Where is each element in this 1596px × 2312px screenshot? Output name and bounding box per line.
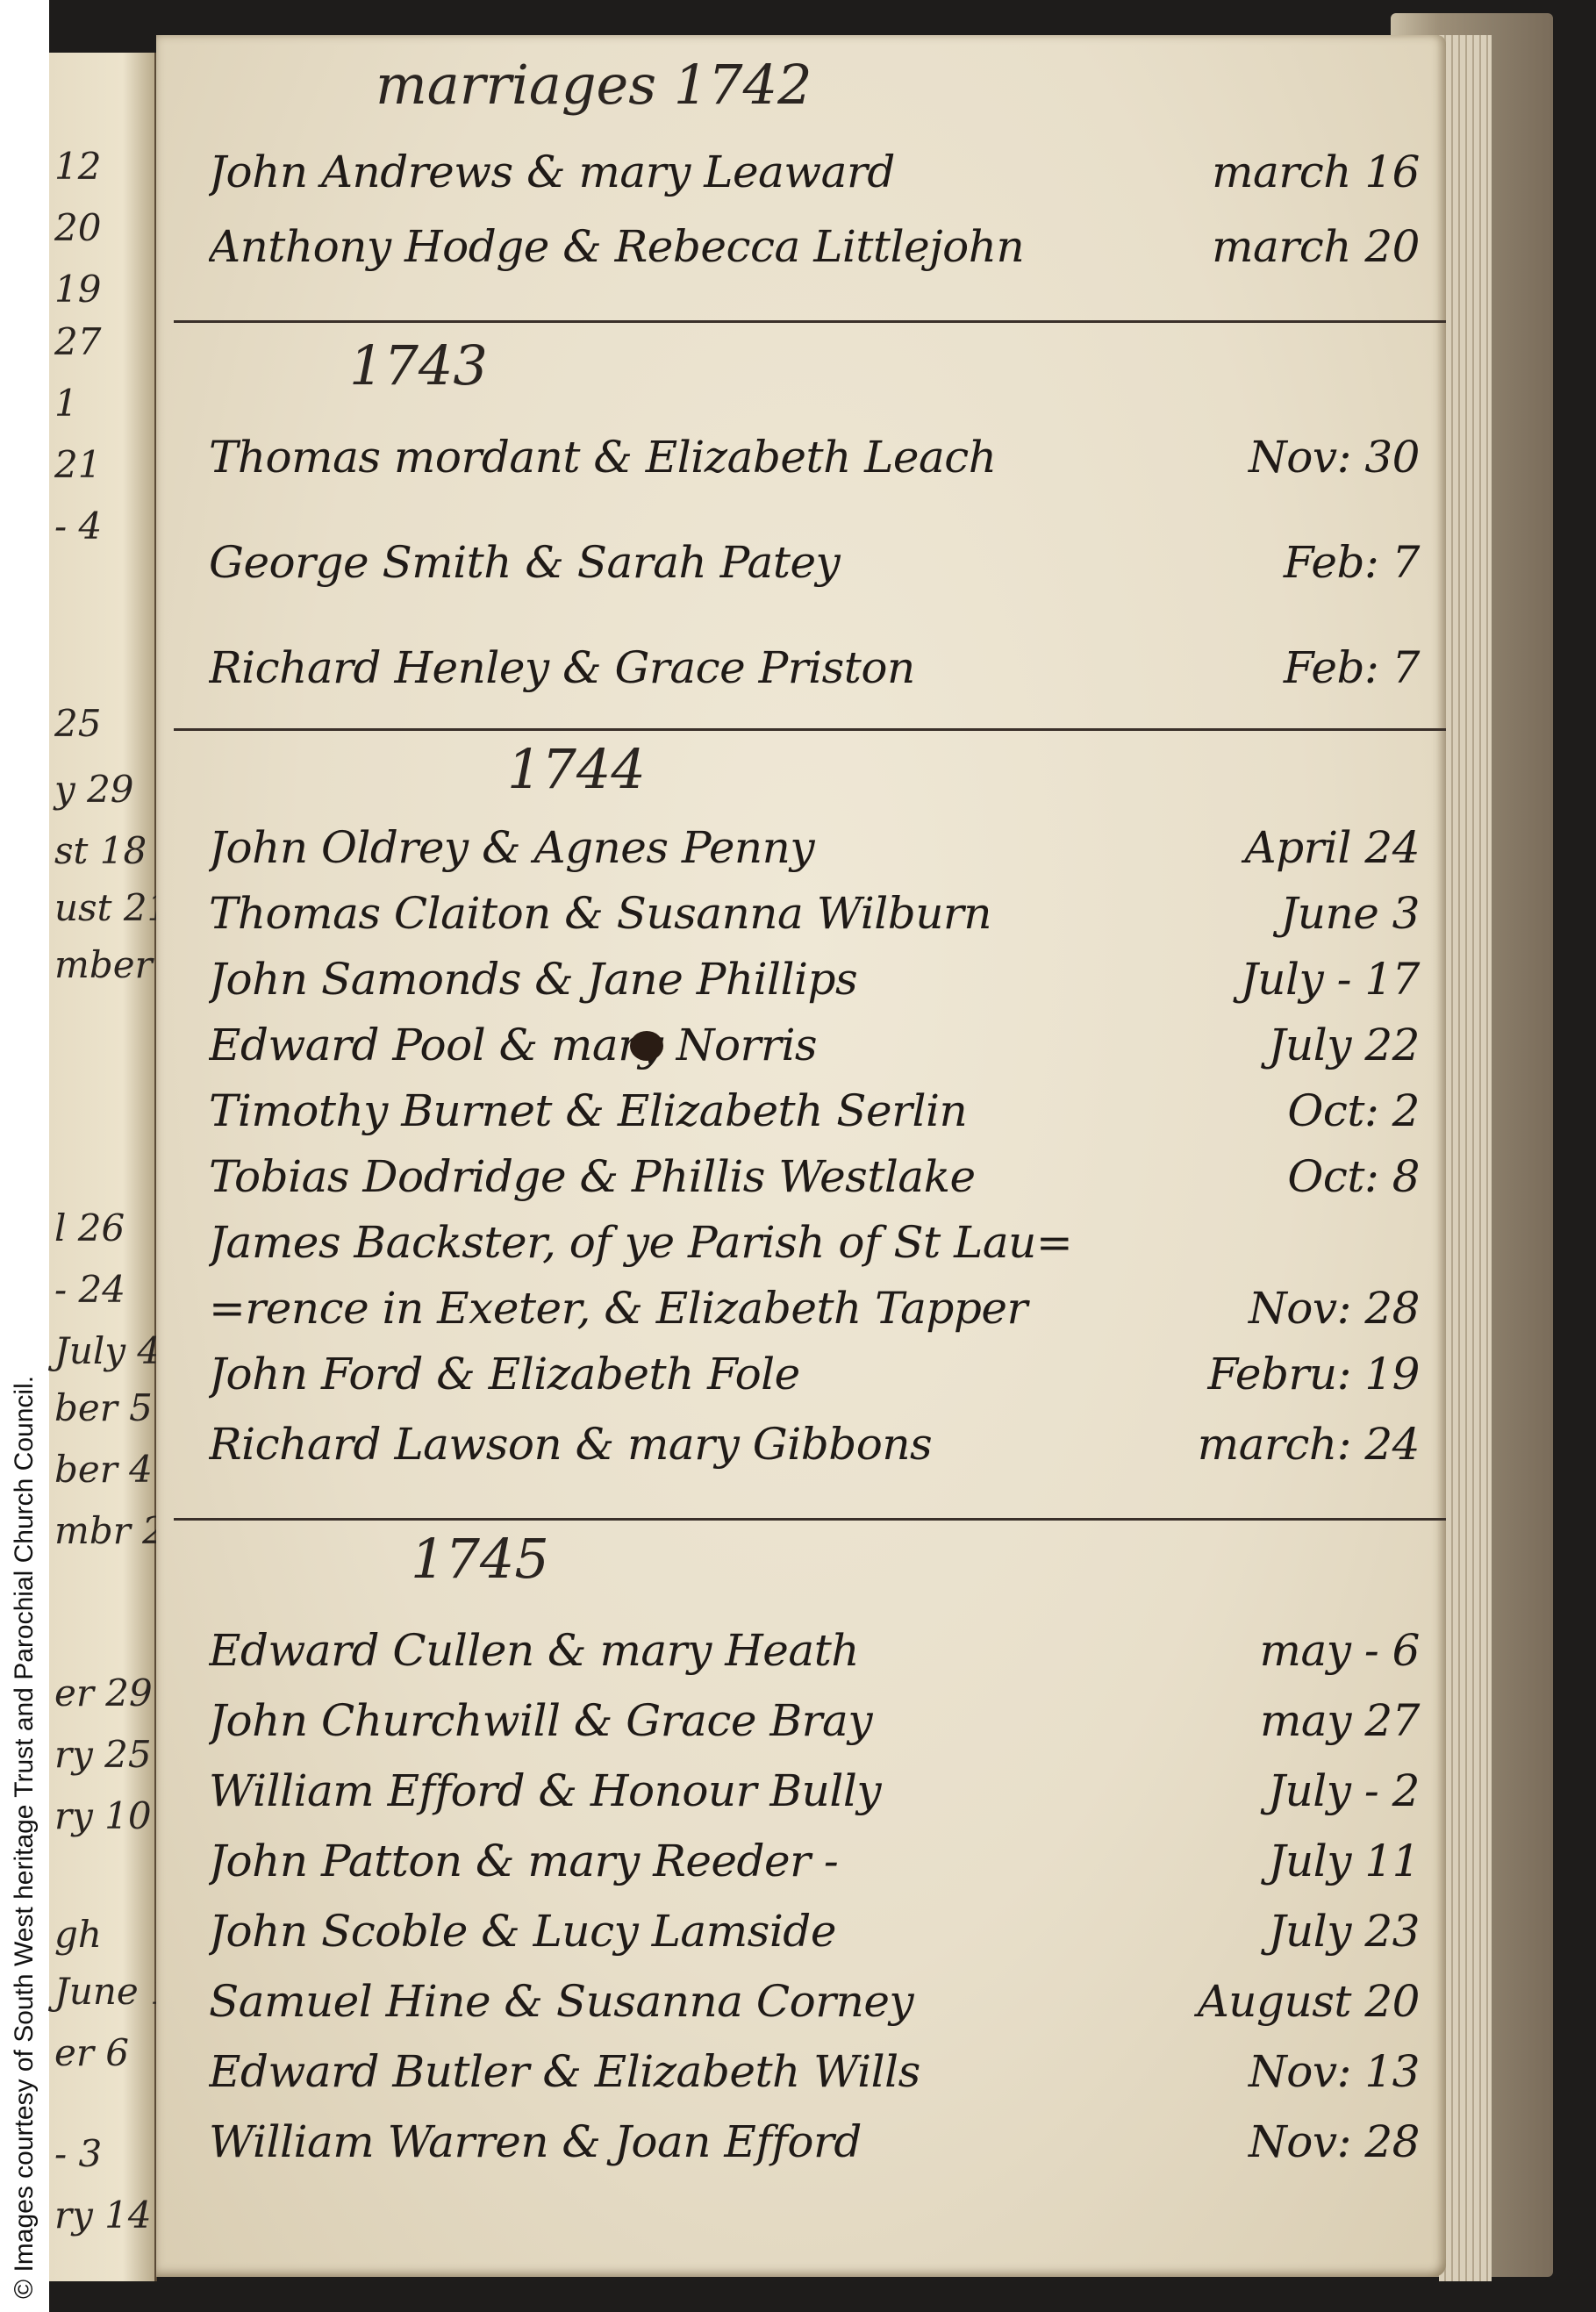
page-stack: [1439, 35, 1492, 2281]
entry-names: Thomas Claiton & Susanna Wilburn: [209, 888, 1263, 939]
margin-number: ber 5: [54, 1386, 153, 1429]
entry-date: march 16: [1212, 147, 1420, 197]
margin-number: 1: [54, 382, 78, 425]
entry-names: John Oldrey & Agnes Penny: [209, 822, 1227, 873]
entry-row: Anthony Hodge & Rebecca Littlejohn march…: [209, 211, 1420, 272]
entry-row: Richard Lawson & mary Gibbons march: 24: [209, 1408, 1420, 1470]
section-divider: [174, 1518, 1446, 1521]
entry-date: Nov: 13: [1249, 2046, 1420, 2097]
entry-names: =rence in Exeter, & Elizabeth Tapper: [209, 1283, 1231, 1334]
entry-names: Edward Pool & mary Norris: [209, 1020, 1250, 1070]
entry-row: James Backster, of ye Parish of St Lau=: [209, 1206, 1420, 1268]
entry-date: August 20: [1198, 1976, 1420, 2027]
margin-number: ry 10: [54, 1794, 152, 1837]
margin-number: 21: [54, 443, 101, 486]
entry-date: Oct: 2: [1287, 1085, 1420, 1136]
entry-names: John Patton & mary Reeder -: [209, 1836, 1250, 1886]
entry-row: John Samonds & Jane Phillips July - 17: [209, 943, 1420, 1005]
entry-names: William Warren & Joan Efford: [209, 2116, 1231, 2167]
margin-number: st 18: [54, 829, 147, 872]
entry-row: Richard Henley & Grace Priston Feb: 7: [209, 632, 1420, 693]
entry-date: Nov: 28: [1249, 2116, 1420, 2167]
entry-date: Febru: 19: [1207, 1349, 1420, 1399]
entry-date: July - 17: [1241, 954, 1420, 1005]
entry-names: Timothy Burnet & Elizabeth Serlin: [209, 1085, 1270, 1136]
entry-names: John Scoble & Lucy Lamside: [209, 1906, 1250, 1957]
entry-date: Oct: 8: [1287, 1151, 1420, 1202]
entry-names: Edward Butler & Elizabeth Wills: [209, 2046, 1231, 2097]
image-credit: © Images courtesy of South West heritage…: [10, 1376, 39, 2299]
margin-number: 12: [54, 145, 101, 188]
margin-number: 27: [54, 320, 101, 363]
entry-date: July 22: [1268, 1020, 1420, 1070]
section-divider: [174, 728, 1446, 731]
register-page: marriages 1742 John Andrews & mary Leawa…: [156, 35, 1446, 2277]
entry-row: John Oldrey & Agnes Penny April 24: [209, 812, 1420, 873]
margin-number: er 6: [54, 2031, 129, 2074]
entry-row: John Ford & Elizabeth Fole Febru: 19: [209, 1338, 1420, 1399]
entry-names: Thomas mordant & Elizabeth Leach: [209, 432, 1231, 483]
entry-names: Tobias Dodridge & Phillis Westlake: [209, 1151, 1270, 1202]
margin-number: - 3: [54, 2132, 102, 2175]
entry-names: William Efford & Honour Bully: [209, 1765, 1250, 1816]
entry-names: Richard Lawson & mary Gibbons: [209, 1419, 1180, 1470]
entry-row: Edward Butler & Elizabeth Wills Nov: 13: [209, 2036, 1420, 2097]
entry-date: march 20: [1212, 221, 1420, 272]
margin-number: gh: [54, 1913, 102, 1956]
entry-names: James Backster, of ye Parish of St Lau=: [209, 1217, 1402, 1268]
entry-date: Nov: 28: [1249, 1283, 1420, 1334]
entry-row: =rence in Exeter, & Elizabeth Tapper Nov…: [209, 1272, 1420, 1334]
entry-date: Feb: 7: [1284, 537, 1420, 588]
margin-number: ust 21: [54, 886, 170, 929]
margin-number: 20: [54, 206, 101, 249]
entry-row: Edward Pool & mary Norris July 22: [209, 1009, 1420, 1070]
entry-date: June 3: [1280, 888, 1420, 939]
entry-names: John Ford & Elizabeth Fole: [209, 1349, 1190, 1399]
facing-page-left: 12 20 19 27 1 21 - 4 25 y 29 st 18 ust 2…: [49, 53, 157, 2281]
year-heading: 1744: [507, 737, 646, 801]
year-heading: 1745: [411, 1527, 549, 1591]
entry-names: John Samonds & Jane Phillips: [209, 954, 1223, 1005]
entry-row: George Smith & Sarah Patey Feb: 7: [209, 526, 1420, 588]
ink-blot: [630, 1031, 663, 1061]
entry-date: Feb: 7: [1284, 642, 1420, 693]
entry-row: Thomas mordant & Elizabeth Leach Nov: 30: [209, 421, 1420, 483]
entry-date: Nov: 30: [1249, 432, 1420, 483]
section-divider: [174, 320, 1446, 323]
margin-number: ry 14: [54, 2194, 152, 2237]
entry-row: John Scoble & Lucy Lamside July 23: [209, 1895, 1420, 1957]
entry-row: John Churchwill & Grace Bray may 27: [209, 1685, 1420, 1746]
entry-row: John Andrews & mary Leaward march 16: [209, 136, 1420, 197]
entry-names: John Andrews & mary Leaward: [209, 147, 1194, 197]
margin-number: l 26: [54, 1206, 125, 1249]
entry-row: Thomas Claiton & Susanna Wilburn June 3: [209, 877, 1420, 939]
entry-row: Tobias Dodridge & Phillis Westlake Oct: …: [209, 1141, 1420, 1202]
entry-date: may - 6: [1260, 1625, 1420, 1676]
year-heading: 1743: [349, 333, 488, 397]
entry-names: Richard Henley & Grace Priston: [209, 642, 1266, 693]
margin-number: y 29: [54, 768, 134, 811]
entry-names: John Churchwill & Grace Bray: [209, 1695, 1242, 1746]
margin-number: er 29: [54, 1671, 153, 1714]
margin-number: July 4: [54, 1329, 161, 1372]
entry-date: July - 2: [1268, 1765, 1420, 1816]
entry-row: Samuel Hine & Susanna Corney August 20: [209, 1965, 1420, 2027]
entry-date: April 24: [1244, 822, 1420, 873]
entry-date: march: 24: [1198, 1419, 1420, 1470]
entry-names: Anthony Hodge & Rebecca Littlejohn: [209, 221, 1194, 272]
entry-names: George Smith & Sarah Patey: [209, 537, 1266, 588]
entry-names: Samuel Hine & Susanna Corney: [209, 1976, 1180, 2027]
entry-date: July 23: [1268, 1906, 1420, 1957]
margin-number: ry 25: [54, 1733, 152, 1776]
entry-date: may 27: [1260, 1695, 1420, 1746]
margin-number: 25: [54, 702, 101, 745]
entry-names: Edward Cullen & mary Heath: [209, 1625, 1242, 1676]
entry-row: John Patton & mary Reeder - July 11: [209, 1825, 1420, 1886]
entry-row: Edward Cullen & mary Heath may - 6: [209, 1614, 1420, 1676]
entry-row: William Warren & Joan Efford Nov: 28: [209, 2106, 1420, 2167]
margin-number: - 24: [54, 1268, 125, 1311]
margin-number: ber 4: [54, 1448, 153, 1491]
entry-date: July 11: [1268, 1836, 1420, 1886]
margin-number: 19: [54, 268, 101, 311]
entry-row: William Efford & Honour Bully July - 2: [209, 1755, 1420, 1816]
entry-row: Timothy Burnet & Elizabeth Serlin Oct: 2: [209, 1075, 1420, 1136]
page-title: marriages 1742: [376, 53, 812, 117]
credit-strip: © Images courtesy of South West heritage…: [0, 0, 49, 2312]
margin-number: - 4: [54, 505, 102, 548]
